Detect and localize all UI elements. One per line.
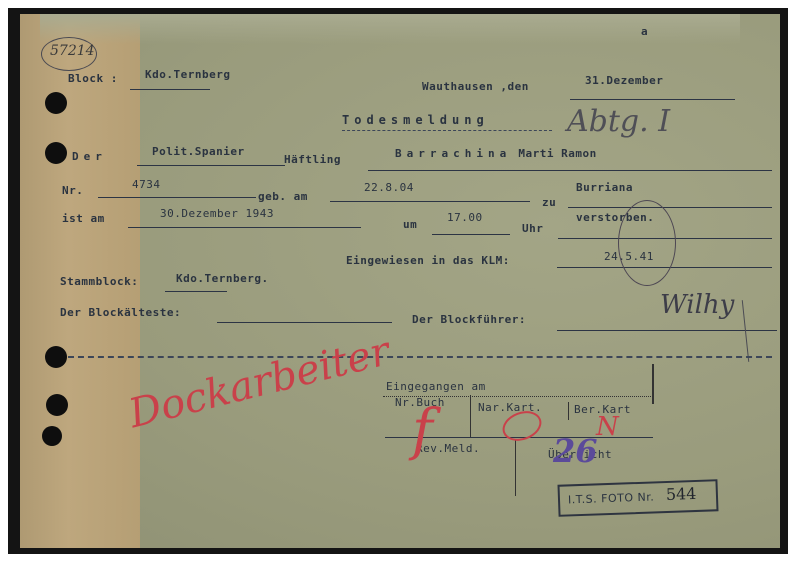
stammblock-value: Kdo.Ternberg.	[176, 272, 269, 285]
blockaelteste-label: Der Blockälteste:	[60, 306, 181, 319]
birthplace-line	[568, 207, 772, 208]
date-line	[570, 99, 735, 100]
punch-hole-icon	[45, 142, 67, 164]
nr-line	[98, 197, 256, 198]
punch-hole-icon	[42, 426, 62, 446]
its-stamp-number: 544	[666, 484, 697, 504]
punch-hole-icon	[45, 346, 67, 368]
col-divider	[470, 395, 471, 437]
punch-hole-icon	[45, 92, 67, 114]
uhr-label: Uhr	[522, 222, 543, 235]
col-divider	[515, 440, 516, 496]
blockfuehrer-signature: Wilhy	[660, 290, 734, 320]
eingewiesen-label: Eingewiesen in das KLM:	[346, 254, 510, 267]
death-date-line	[128, 227, 361, 228]
birthplace-value: Burriana	[576, 181, 633, 194]
nr-label: Nr.	[62, 184, 83, 197]
surname: Barrachina	[395, 147, 511, 160]
its-stamp-label: I.T.S. FOTO Nr.	[568, 490, 655, 506]
blockaelteste-line	[217, 322, 392, 323]
nr-value: 4734	[132, 178, 161, 191]
given-names: Marti Ramon	[518, 147, 596, 160]
tape-strip-top	[40, 14, 740, 44]
its-stamp: I.T.S. FOTO Nr. 544	[557, 479, 718, 517]
title-underline	[342, 130, 552, 131]
stammblock-line	[165, 291, 227, 292]
col-divider	[568, 402, 569, 420]
death-date-value: 30.Dezember 1943	[160, 207, 274, 220]
archive-ref: 57214	[50, 43, 95, 59]
category-value: Polit.Spanier	[152, 145, 245, 158]
time-line	[432, 234, 510, 235]
block-line	[130, 89, 210, 90]
red-mark: f	[412, 398, 433, 463]
name-line	[368, 170, 772, 171]
stammblock-label: Stammblock:	[60, 275, 138, 288]
purple-mark: 26	[553, 432, 598, 470]
block-value: Kdo.Ternberg	[145, 68, 230, 81]
birth-date-line	[330, 201, 530, 202]
tear-line	[68, 356, 772, 358]
geb-label: geb. am	[258, 190, 308, 203]
zu-label: zu	[542, 196, 556, 209]
place-label: Wauthausen ,den	[422, 80, 529, 93]
receipt-right-edge	[652, 364, 654, 404]
der-label: Der	[72, 150, 107, 163]
birth-date-value: 22.8.04	[364, 181, 414, 194]
red-mark-n: N	[596, 412, 619, 442]
punch-hole-icon	[46, 394, 68, 416]
block-label: Block :	[68, 72, 118, 85]
eingegangen-label: Eingegangen am	[386, 380, 486, 393]
time-value: 17.00	[447, 211, 483, 224]
haeftling-label: Häftling	[284, 153, 341, 166]
blockfuehrer-label: Der Blockführer:	[412, 313, 526, 326]
um-label: um	[403, 218, 417, 231]
document-title: Todesmeldung	[342, 113, 489, 127]
admission-circle	[618, 200, 676, 286]
category-line	[137, 165, 285, 166]
corner-mark: a	[641, 25, 648, 38]
name-value: Barrachina Marti Ramon	[395, 147, 597, 160]
date-value: 31.Dezember	[585, 74, 663, 87]
handwritten-annotation: Abtg. I	[567, 104, 670, 139]
ist-am-label: ist am	[62, 212, 105, 225]
